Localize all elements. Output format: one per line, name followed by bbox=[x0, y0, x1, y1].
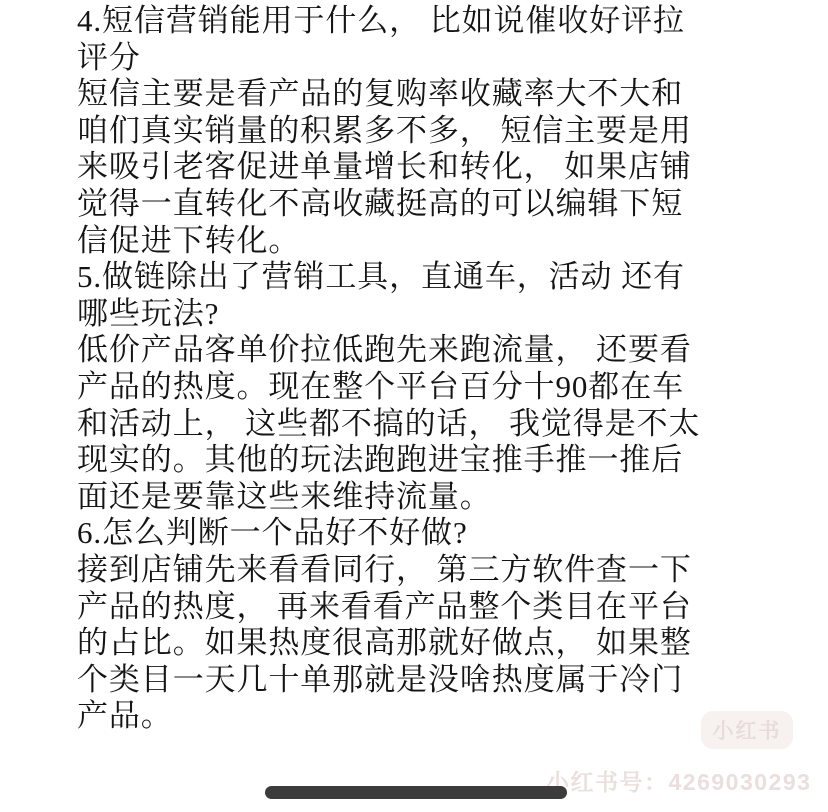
text-line: 短信主要是看产品的复购率收藏率大不大和 bbox=[77, 76, 757, 113]
xiaohongshu-watermark-badge-label: 小红书 bbox=[713, 715, 782, 745]
text-line: 低价产品客单价拉低跑先来跑流量， 还要看 bbox=[77, 332, 757, 369]
text-line: 的占比。如果热度很高那就好做点， 如果整 bbox=[77, 625, 757, 662]
text-line: 6.怎么判断一个品好不好做? bbox=[77, 515, 757, 552]
text-line: 产品的热度， 再来看看产品整个类目在平台 bbox=[77, 589, 757, 626]
text-line: 个类目一天几十单那就是没啥热度属于冷门 bbox=[77, 662, 757, 699]
text-line: 觉得一直转化不高收藏挺高的可以编辑下短 bbox=[77, 186, 757, 223]
text-line: 5.做链除出了营销工具，直通车，活动 还有 bbox=[77, 259, 757, 296]
text-line: 产品的热度。现在整个平台百分十90都在车 bbox=[77, 369, 757, 406]
text-line: 哪些玩法? bbox=[77, 296, 757, 333]
text-line: 面还是要靠这些来维持流量。 bbox=[77, 479, 757, 516]
text-line: 接到店铺先来看看同行， 第三方软件查一下 bbox=[77, 552, 757, 589]
text-line: 现实的。其他的玩法跑跑进宝推手推一推后 bbox=[77, 442, 757, 479]
document-page: 4.短信营销能用于什么， 比如说催收好评拉 评分 短信主要是看产品的复购率收藏率… bbox=[0, 0, 828, 812]
text-line: 评分 bbox=[77, 40, 757, 77]
home-indicator-bar[interactable] bbox=[265, 786, 567, 799]
text-line: 产品。 bbox=[77, 698, 757, 735]
xiaohongshu-account-watermark: 小红书号：4269030293 bbox=[546, 764, 811, 797]
text-line: 4.短信营销能用于什么， 比如说催收好评拉 bbox=[77, 3, 757, 40]
text-line: 咱们真实销量的积累多不多， 短信主要是用 bbox=[77, 113, 757, 150]
text-line: 来吸引老客促进单量增长和转化， 如果店铺 bbox=[77, 149, 757, 186]
text-line: 和活动上， 这些都不搞的话， 我觉得是不太 bbox=[77, 406, 757, 443]
xiaohongshu-watermark-badge: 小红书 bbox=[701, 711, 793, 749]
text-line: 信促进下转化。 bbox=[77, 223, 757, 260]
document-text: 4.短信营销能用于什么， 比如说催收好评拉 评分 短信主要是看产品的复购率收藏率… bbox=[77, 3, 757, 735]
